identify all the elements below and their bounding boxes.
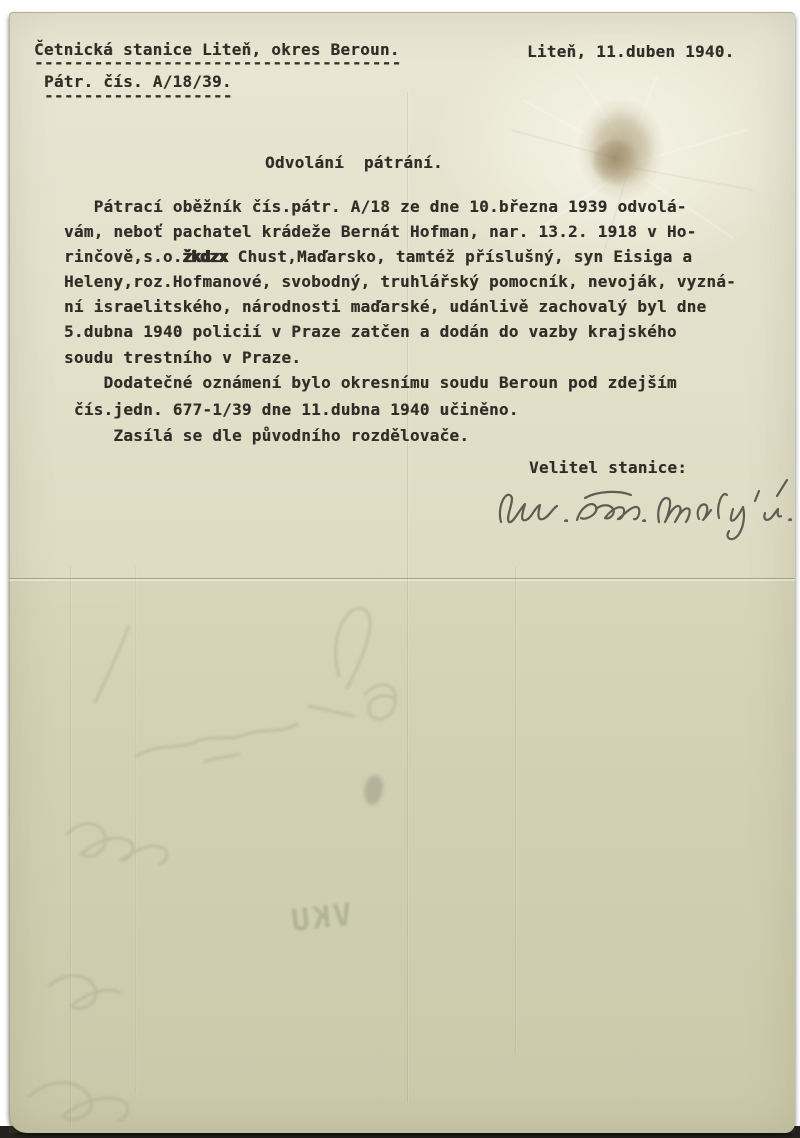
document-title: Odvolání pátrání. — [265, 153, 443, 172]
body-line: Heleny,roz.Hofmanové, svobodný, truhlářs… — [64, 272, 736, 291]
body-line: Pátrací oběžník čís.pátr. A/18 ze dne 10… — [64, 197, 687, 216]
file-reference-underline: ------------------- — [44, 86, 233, 105]
body-line: 5.dubna 1940 policií v Praze zatčen a do… — [64, 322, 677, 341]
body-line: soudu trestního v Praze. — [64, 348, 301, 367]
body-line: čís.jedn. 677-1/39 dne 11.dubna 1940 uči… — [64, 400, 519, 419]
station-underline: ------------------------------------- — [34, 53, 402, 72]
handwritten-signature — [493, 476, 800, 546]
overstruck-text: žkdzx — [183, 247, 228, 266]
bleedthrough-stamp-text: VKU — [287, 898, 353, 939]
bleedthrough-marks: VKU — [9, 566, 795, 1133]
scanner-background: Četnická stanice Liteň, okres Beroun. --… — [0, 0, 800, 1138]
document-page: Četnická stanice Liteň, okres Beroun. --… — [9, 12, 795, 1133]
body-line: vám, neboť pachatel krádeže Bernát Hofma… — [64, 222, 697, 241]
seal-stain-core — [593, 140, 639, 184]
signoff-typed-line: Velitel stanice: — [529, 458, 687, 477]
place-date-line: Liteň, 11.duben 1940. — [527, 42, 735, 61]
body-line: Dodatečné oznámení bylo okresnímu soudu … — [64, 373, 677, 392]
body-line-segment: Chust,Maďarsko, tamtéž příslušný, syn Ei… — [228, 247, 693, 266]
body-line-segment: rinčově,s.o. — [64, 247, 183, 266]
body-line: rinčově,s.o.žkdzx Chust,Maďarsko, tamtéž… — [64, 247, 692, 266]
body-line: Zasílá se dle původního rozdělovače. — [64, 426, 469, 445]
body-line: ní israelitského, národnosti maďarské, u… — [64, 297, 706, 316]
